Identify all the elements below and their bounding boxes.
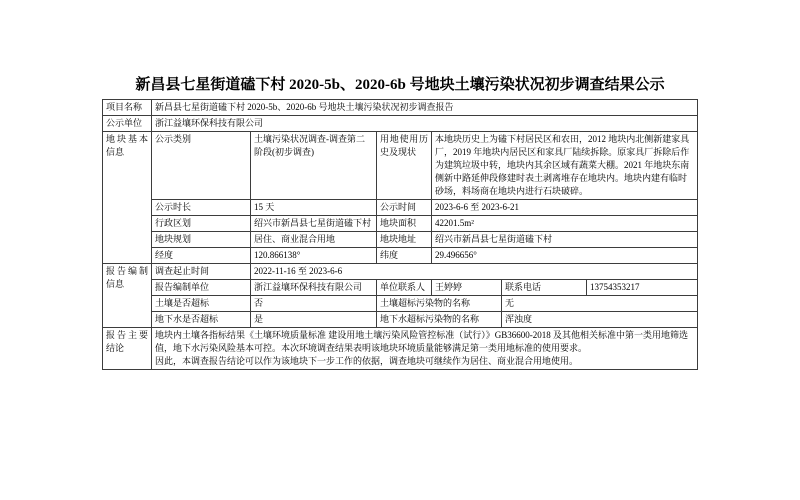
phone-label: 联系电话 (501, 280, 586, 296)
page-title: 新昌县七星街道磕下村 2020-5b、2020-6b 号地块土壤污染状况初步调查… (0, 76, 800, 94)
conclusion-paragraph-2: 因此，本调查报告结论可以作为该地块下一步工作的依据，调查地块可继续作为居住、商业… (155, 355, 694, 368)
contact-value: 王婷婷 (431, 280, 501, 296)
area-label: 地块面积 (376, 216, 431, 232)
area-value: 42201.5m² (431, 216, 697, 232)
latitude-label: 纬度 (376, 248, 431, 264)
table-row: 项目名称 新昌县七星街道磕下村 2020-5b、2020-6b 号地块土壤污染状… (102, 100, 697, 116)
table-row: 公示单位 浙江益壤环保科技有限公司 (102, 116, 697, 132)
survey-period-label: 调查起止时间 (151, 264, 250, 280)
longitude-value: 120.866138° (250, 248, 376, 264)
table-row: 行政区划 绍兴市新昌县七星街道磕下村 地块面积 42201.5m² (102, 216, 697, 232)
document-page: 新昌县七星街道磕下村 2020-5b、2020-6b 号地块土壤污染状况初步调查… (0, 0, 800, 500)
groundwater-pollutant-label: 地下水超标污染物的名称 (376, 312, 501, 328)
table-row: 土壤是否超标 否 土壤超标污染物的名称 无 (102, 296, 697, 312)
publisher-value: 浙江益壤环保科技有限公司 (151, 116, 697, 132)
conclusion-paragraph-1: 地块内土壤各指标结果《土壤环境质量标准 建设用地土壤污染风险管控标准（试行）》G… (155, 329, 694, 355)
groundwater-pollutant-value: 浑浊度 (501, 312, 697, 328)
notice-table: 项目名称 新昌县七星街道磕下村 2020-5b、2020-6b 号地块土壤污染状… (102, 99, 698, 370)
table-row: 地块规划 居住、商业混合用地 地块地址 绍兴市新昌县七星街道磕下村 (102, 232, 697, 248)
project-name-label: 项目名称 (102, 100, 151, 116)
table-row: 地块基本信息 公示类别 土壤污染状况调查-调查第二阶段(初步调查) 用地使用历史… (102, 132, 697, 200)
category-label: 公示类别 (151, 132, 250, 200)
groundwater-exceeded-label: 地下水是否超标 (151, 312, 250, 328)
latitude-value: 29.496656° (431, 248, 697, 264)
table-row: 公示时长 15 天 公示时间 2023-6-6 至 2023-6-21 (102, 200, 697, 216)
planning-label: 地块规划 (151, 232, 250, 248)
table-row: 经度 120.866138° 纬度 29.496656° (102, 248, 697, 264)
conclusion-section-label: 报告主要结论 (102, 328, 151, 370)
publicity-time-label: 公示时间 (376, 200, 431, 216)
duration-value: 15 天 (250, 200, 376, 216)
contact-label: 单位联系人 (376, 280, 431, 296)
groundwater-exceeded-value: 是 (250, 312, 376, 328)
district-value: 绍兴市新昌县七星街道磕下村 (250, 216, 376, 232)
report-org-label: 报告编制单位 (151, 280, 250, 296)
conclusion-text: 地块内土壤各指标结果《土壤环境质量标准 建设用地土壤污染风险管控标准（试行）》G… (151, 328, 697, 370)
site-section-label: 地块基本信息 (102, 132, 151, 264)
planning-value: 居住、商业混合用地 (250, 232, 376, 248)
category-value: 土壤污染状况调查-调查第二阶段(初步调查) (250, 132, 376, 200)
district-label: 行政区划 (151, 216, 250, 232)
soil-pollutant-value: 无 (501, 296, 697, 312)
duration-label: 公示时长 (151, 200, 250, 216)
longitude-label: 经度 (151, 248, 250, 264)
phone-value: 13754353217 (586, 280, 697, 296)
publisher-label: 公示单位 (102, 116, 151, 132)
publicity-time-value: 2023-6-6 至 2023-6-21 (431, 200, 697, 216)
address-value: 绍兴市新昌县七星街道磕下村 (431, 232, 697, 248)
address-label: 地块地址 (376, 232, 431, 248)
table-row: 报告编制单位 浙江益壤环保科技有限公司 单位联系人 王婷婷 联系电话 13754… (102, 280, 697, 296)
survey-period-value: 2022-11-16 至 2023-6-6 (250, 264, 697, 280)
table-row: 报告编制信息 调查起止时间 2022-11-16 至 2023-6-6 (102, 264, 697, 280)
report-section-label: 报告编制信息 (102, 264, 151, 328)
history-label: 用地使用历史及现状 (376, 132, 431, 200)
soil-pollutant-label: 土壤超标污染物的名称 (376, 296, 501, 312)
project-name-value: 新昌县七星街道磕下村 2020-5b、2020-6b 号地块土壤污染状况初步调查… (151, 100, 697, 116)
table-row: 地下水是否超标 是 地下水超标污染物的名称 浑浊度 (102, 312, 697, 328)
table-row: 报告主要结论 地块内土壤各指标结果《土壤环境质量标准 建设用地土壤污染风险管控标… (102, 328, 697, 370)
soil-exceeded-label: 土壤是否超标 (151, 296, 250, 312)
report-org-value: 浙江益壤环保科技有限公司 (250, 280, 376, 296)
soil-exceeded-value: 否 (250, 296, 376, 312)
history-value: 本地块历史上为磕下村居民区和农田，2012 地块内北侧新建家具厂，2019 年地… (431, 132, 697, 200)
